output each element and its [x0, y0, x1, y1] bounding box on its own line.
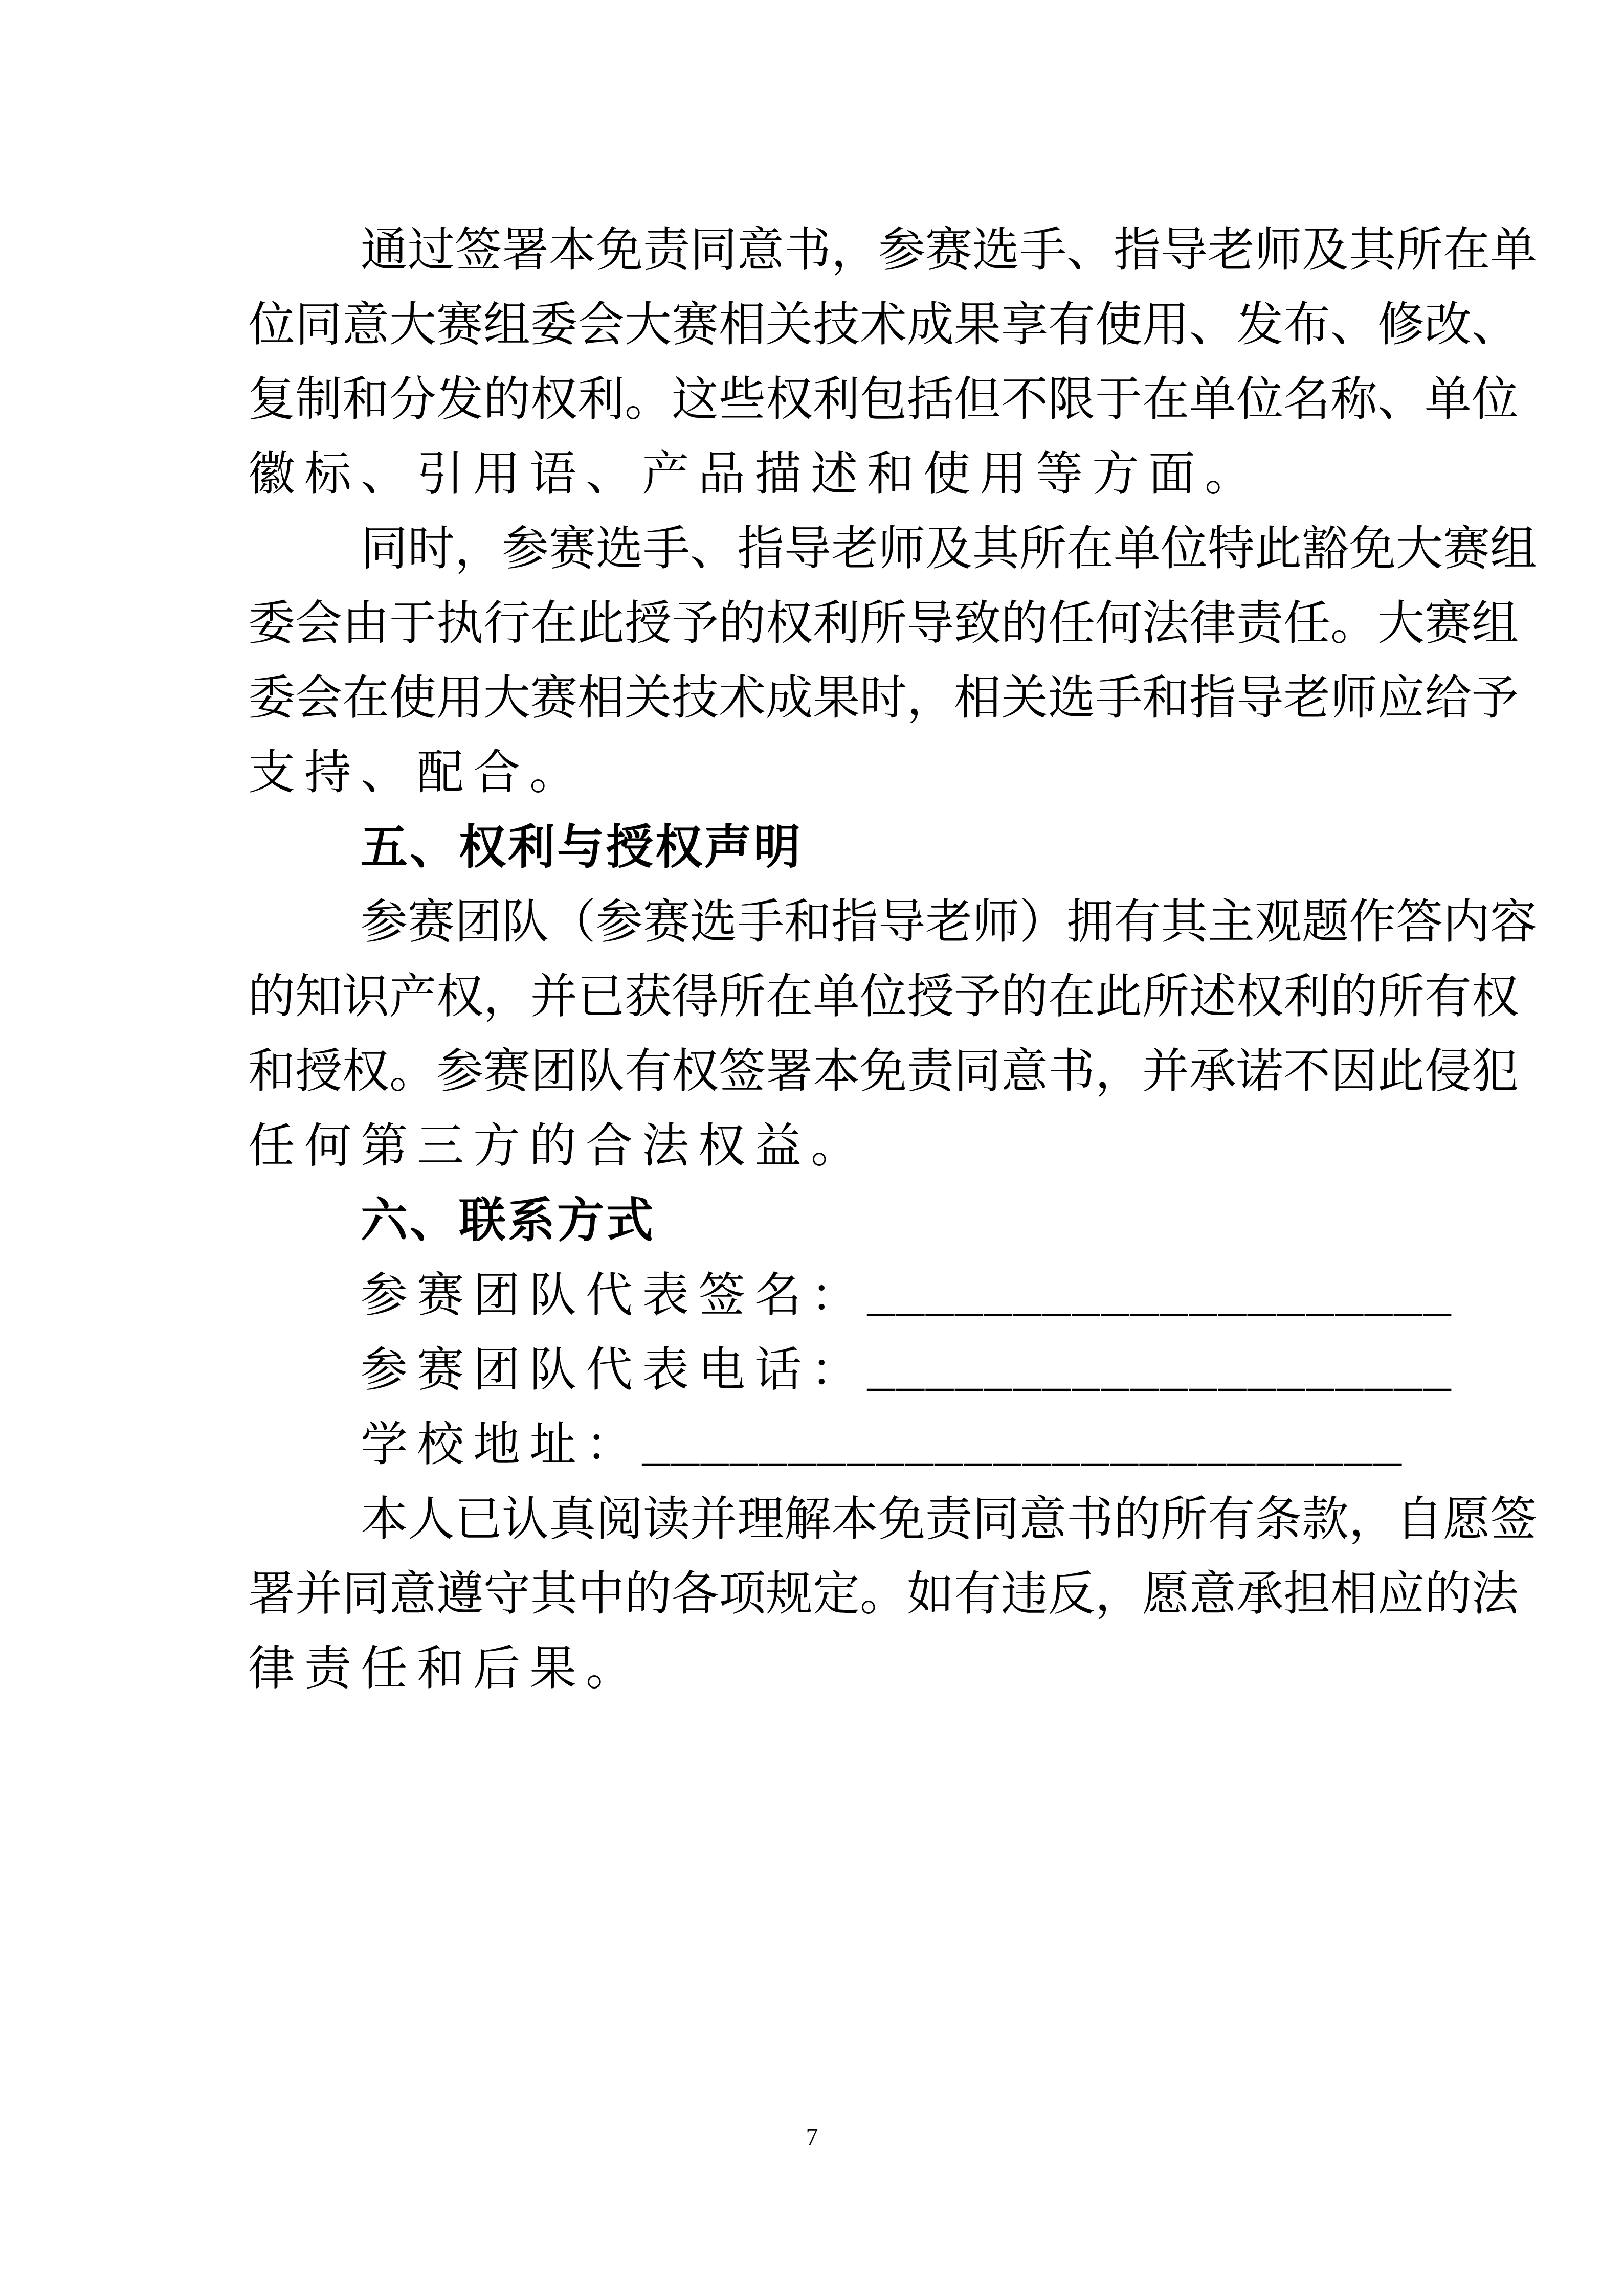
phone-field-row: 参赛团队代表电话：____________________ — [248, 1333, 1378, 1407]
address-blank-line[interactable]: __________________________ — [642, 1411, 1403, 1485]
text-line: 参赛团队（参赛选手和指导老师）拥有其主观题作答内容 — [248, 885, 1378, 959]
section-heading-rights-authorization: 五、权利与授权声明 — [248, 810, 1378, 885]
text-line: 委会在使用大赛相关技术成果时，相关选手和指导老师应给予 — [248, 661, 1378, 735]
signature-field-row: 参赛团队代表签名：____________________ — [248, 1258, 1378, 1333]
paragraph-liability-waiver: 同时，参赛选手、指导老师及其所在单位特此豁免大赛组 委会由于执行在此授予的权利所… — [248, 511, 1378, 810]
address-label: 学校地址： — [361, 1417, 642, 1472]
text-line: 任何第三方的合法权益。 — [248, 1109, 1378, 1183]
text-line: 委会由于执行在此授予的权利所导致的任何法律责任。大赛组 — [248, 586, 1378, 661]
section-heading-contact: 六、联系方式 — [248, 1183, 1378, 1258]
paragraph-closing-declaration: 本人已认真阅读并理解本免责同意书的所有条款，自愿签 署并同意遵守其中的各项规定。… — [248, 1482, 1378, 1706]
text-line: 通过签署本免责同意书，参赛选手、指导老师及其所在单 — [248, 213, 1378, 287]
text-line: 支持、配合。 — [248, 735, 1378, 810]
address-field-row: 学校地址：__________________________ — [248, 1407, 1378, 1482]
phone-label: 参赛团队代表电话： — [361, 1342, 867, 1397]
paragraph-ip-statement: 参赛团队（参赛选手和指导老师）拥有其主观题作答内容 的知识产权，并已获得所在单位… — [248, 885, 1378, 1183]
paragraph-grant-of-rights: 通过签署本免责同意书，参赛选手、指导老师及其所在单 位同意大赛组委会大赛相关技术… — [248, 213, 1378, 511]
text-line: 徽标、引用语、产品描述和使用等方面。 — [248, 437, 1378, 511]
text-line: 署并同意遵守其中的各项规定。如有违反，愿意承担相应的法 — [248, 1557, 1378, 1631]
text-line: 律责任和后果。 — [248, 1631, 1378, 1706]
text-line: 同时，参赛选手、指导老师及其所在单位特此豁免大赛组 — [248, 511, 1378, 586]
text-line: 复制和分发的权利。这些权利包括但不限于在单位名称、单位 — [248, 362, 1378, 437]
phone-blank-line[interactable]: ____________________ — [867, 1336, 1452, 1411]
document-body: 通过签署本免责同意书，参赛选手、指导老师及其所在单 位同意大赛组委会大赛相关技术… — [248, 213, 1378, 1706]
contact-form: 参赛团队代表签名：____________________ 参赛团队代表电话：_… — [248, 1258, 1378, 1482]
document-page: 通过签署本免责同意书，参赛选手、指导老师及其所在单 位同意大赛组委会大赛相关技术… — [0, 0, 1624, 2296]
text-line: 和授权。参赛团队有权签署本免责同意书，并承诺不因此侵犯 — [248, 1034, 1378, 1109]
text-line: 本人已认真阅读并理解本免责同意书的所有条款，自愿签 — [248, 1482, 1378, 1557]
text-line: 的知识产权，并已获得所在单位授予的在此所述权利的所有权 — [248, 959, 1378, 1034]
text-line: 位同意大赛组委会大赛相关技术成果享有使用、发布、修改、 — [248, 287, 1378, 362]
page-number: 7 — [0, 2122, 1624, 2153]
signature-blank-line[interactable]: ____________________ — [867, 1262, 1452, 1336]
signature-label: 参赛团队代表签名： — [361, 1268, 867, 1322]
